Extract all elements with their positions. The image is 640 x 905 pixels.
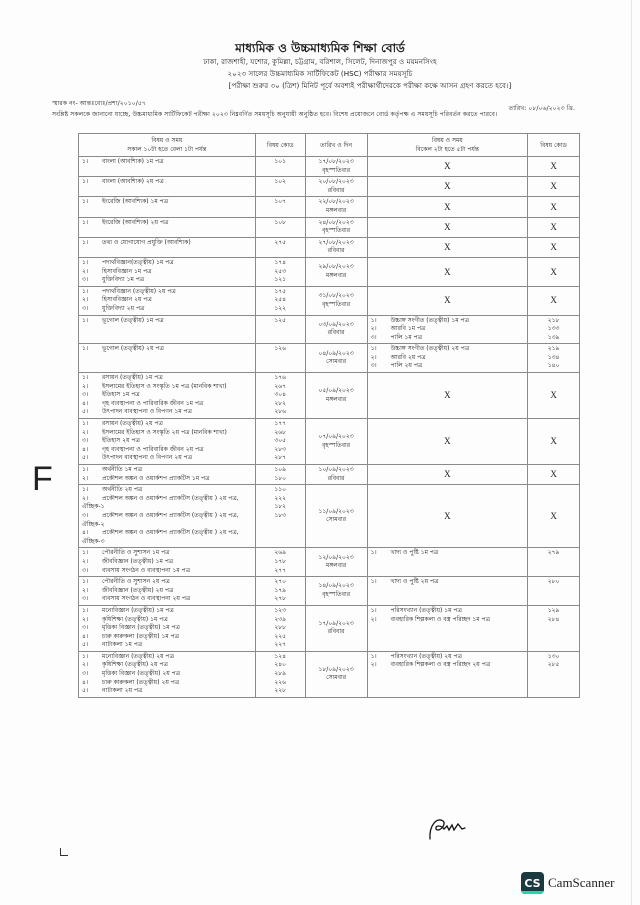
item-number: ৩। (82, 567, 102, 576)
subject-item: ২।কৃষিশিক্ষা (তত্ত্বীয়) ২য় পত্র (82, 661, 252, 670)
subject-code: ২৩৯ (259, 616, 302, 625)
item-number: ২। (82, 661, 102, 670)
subject-name: পদার্থবিজ্ঞান (তত্ত্বীয়) ২য় পত্র (102, 288, 176, 295)
subject-item: ৩।মৃত্তিকা বিজ্ঞান (তত্ত্বীয়) ২য় পত্র (82, 670, 252, 679)
exam-day: রবিবার (309, 628, 364, 637)
afternoon-subjects: X (367, 485, 528, 548)
item-number: ১। (82, 239, 102, 248)
subject-code: ১৭৯ (259, 587, 302, 596)
subject-name: বাংলা (আবশ্যিক) ২য় পত্র (102, 178, 164, 185)
subject-code: ১৭৪ (259, 259, 302, 268)
subject-code: ১৩০ (531, 653, 576, 662)
subject-name: পালি ২য় পত্র (391, 362, 423, 369)
morning-codes: ১০৭ (255, 197, 305, 217)
subject-item: ৩।প্রকৌশল অঙ্কন ও ওয়ার্কশপ প্র্যাকটিস (… (82, 512, 252, 529)
subject-name: গৃহ ব্যবস্থাপনা ও পারিবারিক জীবন ২য় পত্… (102, 446, 204, 453)
table-row: ১।অর্থনীতি ২য় পত্র২।প্রকৌশল অঙ্কন ও ওয়… (79, 485, 580, 548)
table-row: ১।রসায়ন (তত্ত্বীয়) ২য় পত্র২।ইসলামের ই… (79, 419, 580, 465)
subject-item: ১।খাদ্য ও পুষ্টি ২য় পত্র (371, 578, 525, 587)
signature (427, 815, 467, 841)
morning-codes: ১০৮ (255, 217, 305, 237)
subject-name: তথ্য ও যোগাযোগ প্রযুক্তি (আবশ্যিক) (102, 239, 191, 246)
subject-code: ১০৮ (259, 219, 302, 228)
exam-day: বৃহস্পতিবার (309, 442, 364, 451)
subject-code: ২২৫ (259, 633, 302, 642)
subject-name: ইসলামের ইতিহাস ও সংস্কৃতি ২য় পত্র (মানব… (102, 429, 227, 436)
subject-name: খাদ্য ও পুষ্টি ১ম পত্র (391, 549, 439, 556)
morning-subjects: ১।পৌরনীতি ও সুশাসন ১ম পত্র২।জীববিজ্ঞান (… (79, 548, 256, 577)
subject-code: ২৮৯ (259, 670, 302, 679)
afternoon-subjects: X (367, 197, 528, 217)
exam-day: রবিবার (309, 475, 364, 484)
exam-day: রবিবার (309, 329, 364, 338)
afternoon-codes: X (528, 419, 580, 465)
item-number: ৩। (82, 624, 102, 633)
subject-code: ২১৮ (531, 317, 576, 326)
subject-item: ১।খাদ্য ও পুষ্টি ১ম পত্র (371, 549, 525, 558)
camscanner-label: CamScanner (548, 875, 614, 891)
item-number: ৪। (82, 446, 102, 455)
table-row: ১।ইংরেজি (আবশ্যিক) ১ম পত্র১০৭২২/০৮/২০২৩ম… (79, 197, 580, 217)
subject-item: ২।আরবি ২য় পত্র (371, 354, 525, 363)
subject-name: যুক্তিবিদ্যা ২য় পত্র (102, 305, 144, 312)
subject-code: ২৮৭ (259, 454, 302, 463)
table-row: ১।পৌরনীতি ও সুশাসন ২য় পত্র২।জীববিজ্ঞান … (79, 577, 580, 606)
subject-code: ২৮৪ (531, 616, 576, 625)
subject-code: ২৫৪ (259, 296, 302, 305)
table-row: ১।তথ্য ও যোগাযোগ প্রযুক্তি (আবশ্যিক)২৭৫২… (79, 237, 580, 257)
item-number: ২। (82, 495, 102, 504)
subject-item: ৪।প্রকৌশল অঙ্কন ও ওয়ার্কশপ প্র্যাকটিস (… (82, 529, 252, 546)
table-row: ১।ইংরেজি (আবশ্যিক) ২য় পত্র১০৮২৪/০৮/২০২৩… (79, 217, 580, 237)
afternoon-codes: X (528, 157, 580, 177)
subject-code: ১১০ (259, 486, 302, 495)
item-number: ১। (82, 549, 102, 558)
morning-subjects: ১।বাংলা (আবশ্যিক) ২য় পত্র (79, 177, 256, 197)
morning-subjects: ১।অর্থনীতি ২য় পত্র২।প্রকৌশল অঙ্কন ও ওয়… (79, 485, 256, 548)
afternoon-subjects: ১।পরিসংখ্যান (তত্ত্বীয়) ২য় পত্র২।ব্যবহ… (367, 651, 528, 697)
subject-code: ২৫৩ (259, 268, 302, 277)
subject-name: ইতিহাস ১ম পত্র (102, 391, 140, 398)
item-number: ৩। (371, 334, 391, 343)
item-number: ১। (82, 288, 102, 297)
table-body: ১।বাংলা (আবশ্যিক) ১ম পত্র১০১১৭/০৮/২০২৩বৃ… (79, 157, 580, 698)
item-number: ২। (82, 558, 102, 567)
instruction: [পরীক্ষা শুরুর ৩০ (ত্রিশ) মিনিট পূর্বে অ… (0, 80, 640, 92)
subject-name: প্রকৌশল অঙ্কন ও ওয়ার্কশপ প্র্যাকটিস (তত… (82, 512, 239, 528)
crop-corner-mark (60, 848, 68, 856)
page-edge (631, 0, 632, 905)
afternoon-codes: ২১৮১৩৩১৩৯ (528, 315, 580, 344)
subject-name: মনোবিজ্ঞান (তত্ত্বীয়) ১ম পত্র (102, 607, 174, 614)
subject-name: প্রকৌশল অঙ্কন ও ওয়ার্কশপ প্র্যাকটিস (তত… (82, 529, 239, 545)
exam-date: ১৮/০৯/২০২৩ (309, 666, 364, 675)
exam-date: ১১/০৯/২০২৩ (309, 508, 364, 517)
exam-date-cell: ১৭/০৯/২০২৩রবিবার (305, 605, 367, 651)
morning-subjects: ১।ভূগোল (তত্ত্বীয়) ২য় পত্র (79, 344, 256, 373)
afternoon-subjects: ১।পরিসংখ্যান (তত্ত্বীয়) ১ম পত্র২।ব্যবহা… (367, 605, 528, 651)
subject-item: ২।ব্যবহারিক শিল্পকলা ও বস্ত্র পরিচ্ছদ ১ম… (371, 616, 525, 625)
subject-name: অর্থনীতি ১ম পত্র (102, 466, 142, 473)
subject-item: ৪।চারু কারুকলা (তত্ত্বীয়) ২য় পত্র (82, 679, 252, 688)
exam-date: ১৪/০৯/২০২৩ (309, 582, 364, 591)
subject-name: পদার্থবিজ্ঞান(তত্ত্বীয়) ১ম পত্র (102, 259, 174, 266)
item-number: ২। (371, 354, 391, 363)
subject-item: ৩।ইতিহাস ২য় পত্র (82, 437, 252, 446)
exam-date-cell: ০৫/০৯/২০২৩মঙ্গলবার (305, 373, 367, 419)
item-number: ১। (82, 607, 102, 616)
morning-subjects: ১।মনোবিজ্ঞান (তত্ত্বীয়) ১ম পত্র২।কৃষিশি… (79, 605, 256, 651)
exam-date: ২০/০৮/২০২৩ (309, 178, 364, 187)
morning-codes: ২৭০১৭৯২৭৮ (255, 577, 305, 606)
item-number: ৫। (82, 687, 102, 696)
notice-text: সংশ্লিষ্ট সকলকে জানানো যাচ্ছে, উচ্চমাধ্য… (52, 110, 582, 119)
subject-name: রসায়ন (তত্ত্বীয়) ১ম পত্র (102, 374, 163, 381)
morning-codes: ২৭৫ (255, 237, 305, 257)
subject-name: ইংরেজি (আবশ্যিক) ২য় পত্র (102, 219, 168, 226)
subject-name: নাট্যকলা ১ম পত্র (102, 641, 142, 648)
subject-code: ২৬৭ (259, 383, 302, 392)
item-number: ৪। (82, 679, 102, 688)
item-number: ২। (82, 475, 102, 484)
morning-subjects: ১।ইংরেজি (আবশ্যিক) ২য় পত্র (79, 217, 256, 237)
subject-code: ১৪০ (531, 362, 576, 371)
subject-name: চারু কারুকলা (তত্ত্বীয়) ১ম পত্র (102, 633, 179, 640)
item-number: ১। (82, 420, 102, 429)
subject-item: ২।হিসাববিজ্ঞান ২য় পত্র (82, 296, 252, 305)
item-number: ৫। (82, 408, 102, 417)
subject-item: ১।রসায়ন (তত্ত্বীয়) ১ম পত্র (82, 374, 252, 383)
morning-codes: ১২৬ (255, 344, 305, 373)
subject-name: রসায়ন (তত্ত্বীয়) ২য় পত্র (102, 420, 163, 427)
subject-name: অর্থনীতি ২য় পত্র (102, 486, 142, 493)
morning-codes: ১৭৭২৬৮৩০৫২৮৩২৮৭ (255, 419, 305, 465)
subject-code: ৩০৫ (259, 437, 302, 446)
subject-item: ৩।যুক্তিবিদ্যা ১ম পত্র (82, 276, 252, 285)
exam-day: মঙ্গলবার (309, 272, 364, 281)
item-number: ১। (82, 578, 102, 587)
subject-name: ব্যবহারিক শিল্পকলা ও বস্ত্র পরিচ্ছদ ১ম প… (391, 616, 490, 623)
subject-item: ২।প্রকৌশল অঙ্কন ও ওয়ার্কশপ প্র্যাকটিস (… (82, 495, 252, 512)
subject-name: যুক্তিবিদ্যা ১ম পত্র (102, 276, 144, 283)
subject-code: ১৩৩ (531, 325, 576, 334)
item-number: ৪। (82, 633, 102, 642)
afternoon-subjects: X (367, 217, 528, 237)
afternoon-codes: X (528, 177, 580, 197)
subject-item: ১।অর্থনীতি ১ম পত্র (82, 466, 252, 475)
morning-codes: ১৭৬২৬৭৩০৪২৮২২৮৬ (255, 373, 305, 419)
subject-item: ১।ভূগোল (তত্ত্বীয়) ২য় পত্র (82, 345, 252, 354)
table-row: ১।পদার্থবিজ্ঞান(তত্ত্বীয়) ১ম পত্র২।হিসা… (79, 257, 580, 286)
subject-name: ব্যবসায় সংগঠন ও ব্যবস্থাপনা ১ম পত্র (102, 567, 190, 574)
morning-codes: ১২৩২৩৯২৮৮২২৫২২৭ (255, 605, 305, 651)
board-name: মাধ্যমিক ও উচ্চমাধ্যমিক শিক্ষা বোর্ড (0, 40, 640, 56)
exam-day: রবিবার (309, 247, 364, 256)
subject-item: ১।পরিসংখ্যান (তত্ত্বীয়) ২য় পত্র (371, 653, 525, 662)
morning-subjects: ১।বাংলা (আবশ্যিক) ১ম পত্র (79, 157, 256, 177)
table-header-row: বিষয় ও সময় সকাল ১০টা হতে বেলা ১টা পর্য… (79, 134, 580, 157)
exam-day: বৃহস্পতিবার (309, 227, 364, 236)
subject-code: ১২৯ (531, 607, 576, 616)
afternoon-codes: X (528, 217, 580, 237)
exam-day: সোমবার (309, 516, 364, 525)
subject-code: ২৮০ (531, 578, 576, 587)
exam-date-cell: ১৭/০৮/২০২৩বৃহস্পতিবার (305, 157, 367, 177)
item-number: ২। (82, 587, 102, 596)
item-number: ২। (371, 325, 391, 334)
exam-date-cell: ২৭/০৮/২০২৩রবিবার (305, 237, 367, 257)
subject-item: ১।উচ্চাঙ্গ সংগীত (তত্ত্বীয়) ১ম পত্র (371, 317, 525, 326)
subject-name: কৃষিশিক্ষা (তত্ত্বীয়) ২য় পত্র (102, 661, 168, 668)
subject-name: ইতিহাস ২য় পত্র (102, 437, 140, 444)
subject-code: ১০১ (259, 158, 302, 167)
table-row: ১।বাংলা (আবশ্যিক) ১ম পত্র১০১১৭/০৮/২০২৩বৃ… (79, 157, 580, 177)
morning-codes: ১২৫ (255, 315, 305, 344)
exam-date: ০৩/০৯/২০২৩ (309, 321, 364, 330)
afternoon-subjects: ১।উচ্চাঙ্গ সংগীত (তত্ত্বীয়) ২য় পত্র২।আ… (367, 344, 528, 373)
item-number: ১। (82, 486, 102, 495)
item-number: ১। (82, 178, 102, 187)
morning-codes: ১২৪২৪০২৮৯২২৬২২৮ (255, 651, 305, 697)
afternoon-codes: X (528, 485, 580, 548)
item-number: ২। (82, 383, 102, 392)
exam-date: ২২/০৮/২০২৩ (309, 198, 364, 207)
exam-date: ০৭/০৯/২০২৩ (309, 433, 364, 442)
subject-item: ৫।উৎপাদন ব্যবস্থাপনা ও বিপণন ২য় পত্র (82, 454, 252, 463)
item-number: ১। (371, 317, 391, 326)
subject-name: পরিসংখ্যান (তত্ত্বীয়) ২য় পত্র (391, 653, 462, 660)
subject-item: ২।জীববিজ্ঞান (তত্ত্বীয়) ১ম পত্র (82, 558, 252, 567)
exam-date: ১০/০৯/২০২৩ (309, 466, 364, 475)
afternoon-codes: X (528, 465, 580, 485)
subject-item: ১।রসায়ন (তত্ত্বীয়) ২য় পত্র (82, 420, 252, 429)
afternoon-subjects: X (367, 465, 528, 485)
table-row: ১।মনোবিজ্ঞান (তত্ত্বীয়) ২য় পত্র২।কৃষিশ… (79, 651, 580, 697)
subject-item: ১।বাংলা (আবশ্যিক) ২য় পত্র (82, 178, 252, 187)
item-number: ২। (82, 616, 102, 625)
subject-item: ১।মনোবিজ্ঞান (তত্ত্বীয়) ১ম পত্র (82, 607, 252, 616)
item-number: ৪। (82, 400, 102, 409)
exam-date-cell: ১৮/০৯/২০২৩সোমবার (305, 651, 367, 697)
exam-day: বৃহস্পতিবার (309, 591, 364, 600)
document-header: মাধ্যমিক ও উচ্চমাধ্যমিক শিক্ষা বোর্ড ঢাক… (0, 40, 640, 92)
subject-name: ভূগোল (তত্ত্বীয়) ১ম পত্র (102, 317, 164, 324)
table-row: ১।ভূগোল (তত্ত্বীয়) ২য় পত্র১২৬০৪/০৯/২০২… (79, 344, 580, 373)
table-row: ১।মনোবিজ্ঞান (তত্ত্বীয়) ১ম পত্র২।কৃষিশি… (79, 605, 580, 651)
item-number: ৩। (82, 276, 102, 285)
subject-code: ২৬৮ (259, 429, 302, 438)
subject-name: হিসাববিজ্ঞান ১ম পত্র (102, 268, 152, 275)
subject-code: ১২২ (259, 305, 302, 314)
subject-item: ১।অর্থনীতি ২য় পত্র (82, 486, 252, 495)
exam-date-cell: ১১/০৯/২০২৩সোমবার (305, 485, 367, 548)
subject-name: গৃহ ব্যবস্থাপনা ও পারিবারিক জীবন ১ম পত্র (102, 400, 203, 407)
exam-day: সোমবার (309, 358, 364, 367)
item-number: ৩। (82, 305, 102, 314)
subject-code: ২৭৯ (531, 549, 576, 558)
table-row: ১।পদার্থবিজ্ঞান (তত্ত্বীয়) ২য় পত্র২।হি… (79, 286, 580, 315)
subject-item: ৩।পালি ১ম পত্র (371, 334, 525, 343)
subject-name: ব্যবসায় সংগঠন ও ব্যবস্থাপনা ২য় পত্র (102, 595, 190, 602)
table-row: ১।অর্থনীতি ১ম পত্র২।প্রকৌশল অঙ্কন ও ওয়া… (79, 465, 580, 485)
item-number: ৩। (82, 670, 102, 679)
subject-code: ১৭৭ (259, 420, 302, 429)
afternoon-codes: ২৭৯ (528, 548, 580, 577)
header-code: বিষয় কোড (255, 134, 305, 157)
exam-date: ১৭/০৯/২০২৩ (309, 620, 364, 629)
exam-day: বৃহস্পতিবার (309, 167, 364, 176)
subject-item: ৫।নাট্যকলা ১ম পত্র (82, 641, 252, 650)
subject-code: ৩০৪ (259, 391, 302, 400)
table-row: ১।পৌরনীতি ও সুশাসন ১ম পত্র২।জীববিজ্ঞান (… (79, 548, 580, 577)
afternoon-codes: ২৮০ (528, 577, 580, 606)
subject-item: ২।কৃষিশিক্ষা (তত্ত্বীয়) ১ম পত্র (82, 616, 252, 625)
morning-codes: ২৬৯১৭৮২৭৭ (255, 548, 305, 577)
subject-name: আরবি ২য় পত্র (391, 354, 426, 361)
afternoon-subjects: X (367, 177, 528, 197)
subject-item: ১।পদার্থবিজ্ঞান(তত্ত্বীয়) ১ম পত্র (82, 259, 252, 268)
subject-name: চারু কারুকলা (তত্ত্বীয়) ২য় পত্র (102, 679, 179, 686)
subject-name: মৃত্তিকা বিজ্ঞান (তত্ত্বীয়) ১ম পত্র (102, 624, 180, 631)
exam-day: মঙ্গলবার (309, 562, 364, 571)
exam-date: ০৪/০৯/২০২৩ (309, 350, 364, 359)
subject-item: ১।উচ্চাঙ্গ সংগীত (তত্ত্বীয়) ২য় পত্র (371, 345, 525, 354)
subject-code: ২৮২ (259, 400, 302, 409)
subject-code: ২৬৯ (259, 549, 302, 558)
subject-code: ১২৩ (259, 607, 302, 616)
item-number: ১। (82, 259, 102, 268)
subject-item: ১।পরিসংখ্যান (তত্ত্বীয়) ১ম পত্র (371, 607, 525, 616)
item-number: ১। (371, 607, 391, 616)
subject-code: ১৮০ (259, 475, 302, 484)
subject-name: ইংরেজি (আবশ্যিক) ১ম পত্র (102, 198, 168, 205)
exam-date: ২৪/০৮/২০২৩ (309, 219, 364, 228)
subject-code: ২৭৫ (259, 239, 302, 248)
subject-item: ২।আরবি ১ম পত্র (371, 325, 525, 334)
subject-item: ২।ইসলামের ইতিহাস ও সংস্কৃতি ১ম পত্র (মান… (82, 383, 252, 392)
afternoon-codes: ১২৯২৮৪ (528, 605, 580, 651)
afternoon-subjects: X (367, 419, 528, 465)
morning-subjects: ১।পদার্থবিজ্ঞান(তত্ত্বীয়) ১ম পত্র২।হিসা… (79, 257, 256, 286)
item-number: ৩। (82, 437, 102, 446)
camscanner-watermark: CS CamScanner (521, 872, 614, 894)
table-row: ১।রসায়ন (তত্ত্বীয়) ১ম পত্র২।ইসলামের ইত… (79, 373, 580, 419)
subject-code: ২১৯ (531, 345, 576, 354)
exam-date-cell: ২৪/০৮/২০২৩বৃহস্পতিবার (305, 217, 367, 237)
afternoon-subjects: ১।খাদ্য ও পুষ্টি ২য় পত্র (367, 577, 528, 606)
exam-date: ৩১/০৮/২০২৩ (309, 292, 364, 301)
item-number: ১। (82, 219, 102, 228)
exam-date: ১২/০৯/২০২৩ (309, 554, 364, 563)
exam-date: ০৫/০৯/২০২৩ (309, 387, 364, 396)
afternoon-codes: X (528, 286, 580, 315)
table-row: ১।ভূগোল (তত্ত্বীয়) ১ম পত্র১২৫০৩/০৯/২০২৩… (79, 315, 580, 344)
subject-item: ২।প্রকৌশল অঙ্কন ও ওয়ার্কশপ প্র্যাকটিস ১… (82, 475, 252, 484)
subject-code: ২২৬ (259, 679, 302, 688)
morning-subjects: ১।রসায়ন (তত্ত্বীয়) ২য় পত্র২।ইসলামের ই… (79, 419, 256, 465)
subject-name: পালি ১ম পত্র (391, 334, 423, 341)
document-title: ২০২৩ সালের উচ্চমাধ্যমিক সার্টিফিকেট (HSC… (0, 68, 640, 80)
subject-item: ৩।ব্যবসায় সংগঠন ও ব্যবস্থাপনা ১ম পত্র (82, 567, 252, 576)
exam-date-cell: ১৪/০৯/২০২৩বৃহস্পতিবার (305, 577, 367, 606)
subject-item: ৩।যুক্তিবিদ্যা ২য় পত্র (82, 305, 252, 314)
afternoon-subjects: ১।খাদ্য ও পুষ্টি ১ম পত্র (367, 548, 528, 577)
item-number: ৩। (371, 362, 391, 371)
exam-day: সোমবার (309, 674, 364, 683)
item-number: ১। (82, 653, 102, 662)
subject-item: ১।ইংরেজি (আবশ্যিক) ২য় পত্র (82, 219, 252, 228)
exam-schedule-table: বিষয় ও সময় সকাল ১০টা হতে বেলা ১টা পর্য… (78, 133, 580, 698)
morning-codes: ১০১ (255, 157, 305, 177)
item-number: ১। (82, 374, 102, 383)
item-number: ৫। (82, 641, 102, 650)
item-number: ৪। (82, 529, 102, 538)
item-number: ২। (82, 268, 102, 277)
item-number: ১। (371, 549, 391, 558)
exam-date-cell: ১২/০৯/২০২৩মঙ্গলবার (305, 548, 367, 577)
subject-item: ৩।ব্যবসায় সংগঠন ও ব্যবস্থাপনা ২য় পত্র (82, 595, 252, 604)
subject-item: ৩।মৃত্তিকা বিজ্ঞান (তত্ত্বীয়) ১ম পত্র (82, 624, 252, 633)
item-number: ২। (371, 616, 391, 625)
subject-name: প্রকৌশল অঙ্কন ও ওয়ার্কশপ প্র্যাকটিস (তত… (82, 495, 239, 511)
table-row: ১।বাংলা (আবশ্যিক) ২য় পত্র১০২২০/০৮/২০২৩র… (79, 177, 580, 197)
morning-subjects: ১।ইংরেজি (আবশ্যিক) ১ম পত্র (79, 197, 256, 217)
subject-code: ২৭৮ (259, 595, 302, 604)
subject-item: ১।বাংলা (আবশ্যিক) ১ম পত্র (82, 158, 252, 167)
morning-subjects: ১।তথ্য ও যোগাযোগ প্রযুক্তি (আবশ্যিক) (79, 237, 256, 257)
subject-code: ১০৭ (259, 198, 302, 207)
subject-name: উৎপাদন ব্যবস্থাপনা ও বিপণন ১ম পত্র (102, 408, 192, 415)
item-number: ১। (82, 466, 102, 475)
subject-code: ১৮২ (259, 503, 302, 512)
subject-name: ভূগোল (তত্ত্বীয়) ২য় পত্র (102, 345, 164, 352)
subject-name: মনোবিজ্ঞান (তত্ত্বীয়) ২য় পত্র (102, 653, 174, 660)
subject-code: ২৮৮ (259, 624, 302, 633)
subject-name: পৌরনীতি ও সুশাসন ২য় পত্র (102, 578, 170, 585)
afternoon-codes: ১৩০২৮৫ (528, 651, 580, 697)
subject-item: ১।তথ্য ও যোগাযোগ প্রযুক্তি (আবশ্যিক) (82, 239, 252, 248)
subject-code: ১৭৬ (259, 374, 302, 383)
exam-date-cell: ৩১/০৮/২০২৩বৃহস্পতিবার (305, 286, 367, 315)
subject-code: ২২৭ (259, 641, 302, 650)
subject-code: ২৮৫ (531, 661, 576, 670)
afternoon-subjects: X (367, 237, 528, 257)
item-number: ১। (82, 158, 102, 167)
subject-code: ১২১ (259, 276, 302, 285)
subject-item: ৪।চারু কারুকলা (তত্ত্বীয়) ১ম পত্র (82, 633, 252, 642)
item-number: ১। (82, 317, 102, 326)
morning-subjects: ১।ভূগোল (তত্ত্বীয়) ১ম পত্র (79, 315, 256, 344)
exam-date-cell: ২৯/০৮/২০২৩মঙ্গলবার (305, 257, 367, 286)
subject-code: ১৩৪ (531, 354, 576, 363)
subject-name: খাদ্য ও পুষ্টি ২য় পত্র (391, 578, 439, 585)
subject-name: প্রকৌশল অঙ্কন ও ওয়ার্কশপ প্র্যাকটিস ১ম … (102, 475, 210, 482)
exam-date-cell: ০৭/০৯/২০২৩বৃহস্পতিবার (305, 419, 367, 465)
exam-date-cell: ১০/০৯/২০২৩রবিবার (305, 465, 367, 485)
item-number: ৩। (82, 391, 102, 400)
exam-day: মঙ্গলবার (309, 207, 364, 216)
header-afternoon-subject: বিষয় ও সময় বিকেল ২টা হতে ৫টা পর্যন্ত (367, 134, 528, 157)
exam-day: মঙ্গলবার (309, 396, 364, 405)
subject-item: ৫।নাট্যকলা ২য় পত্র (82, 687, 252, 696)
subject-code: ১২৪ (259, 653, 302, 662)
subject-code: ২৭৭ (259, 567, 302, 576)
afternoon-codes: X (528, 197, 580, 217)
subject-item: ৫।উৎপাদন ব্যবস্থাপনা ও বিপণন ১ম পত্র (82, 408, 252, 417)
item-number: ২। (82, 429, 102, 438)
exam-date: ২৭/০৮/২০২৩ (309, 239, 364, 248)
subject-code: ১২৬ (259, 345, 302, 354)
